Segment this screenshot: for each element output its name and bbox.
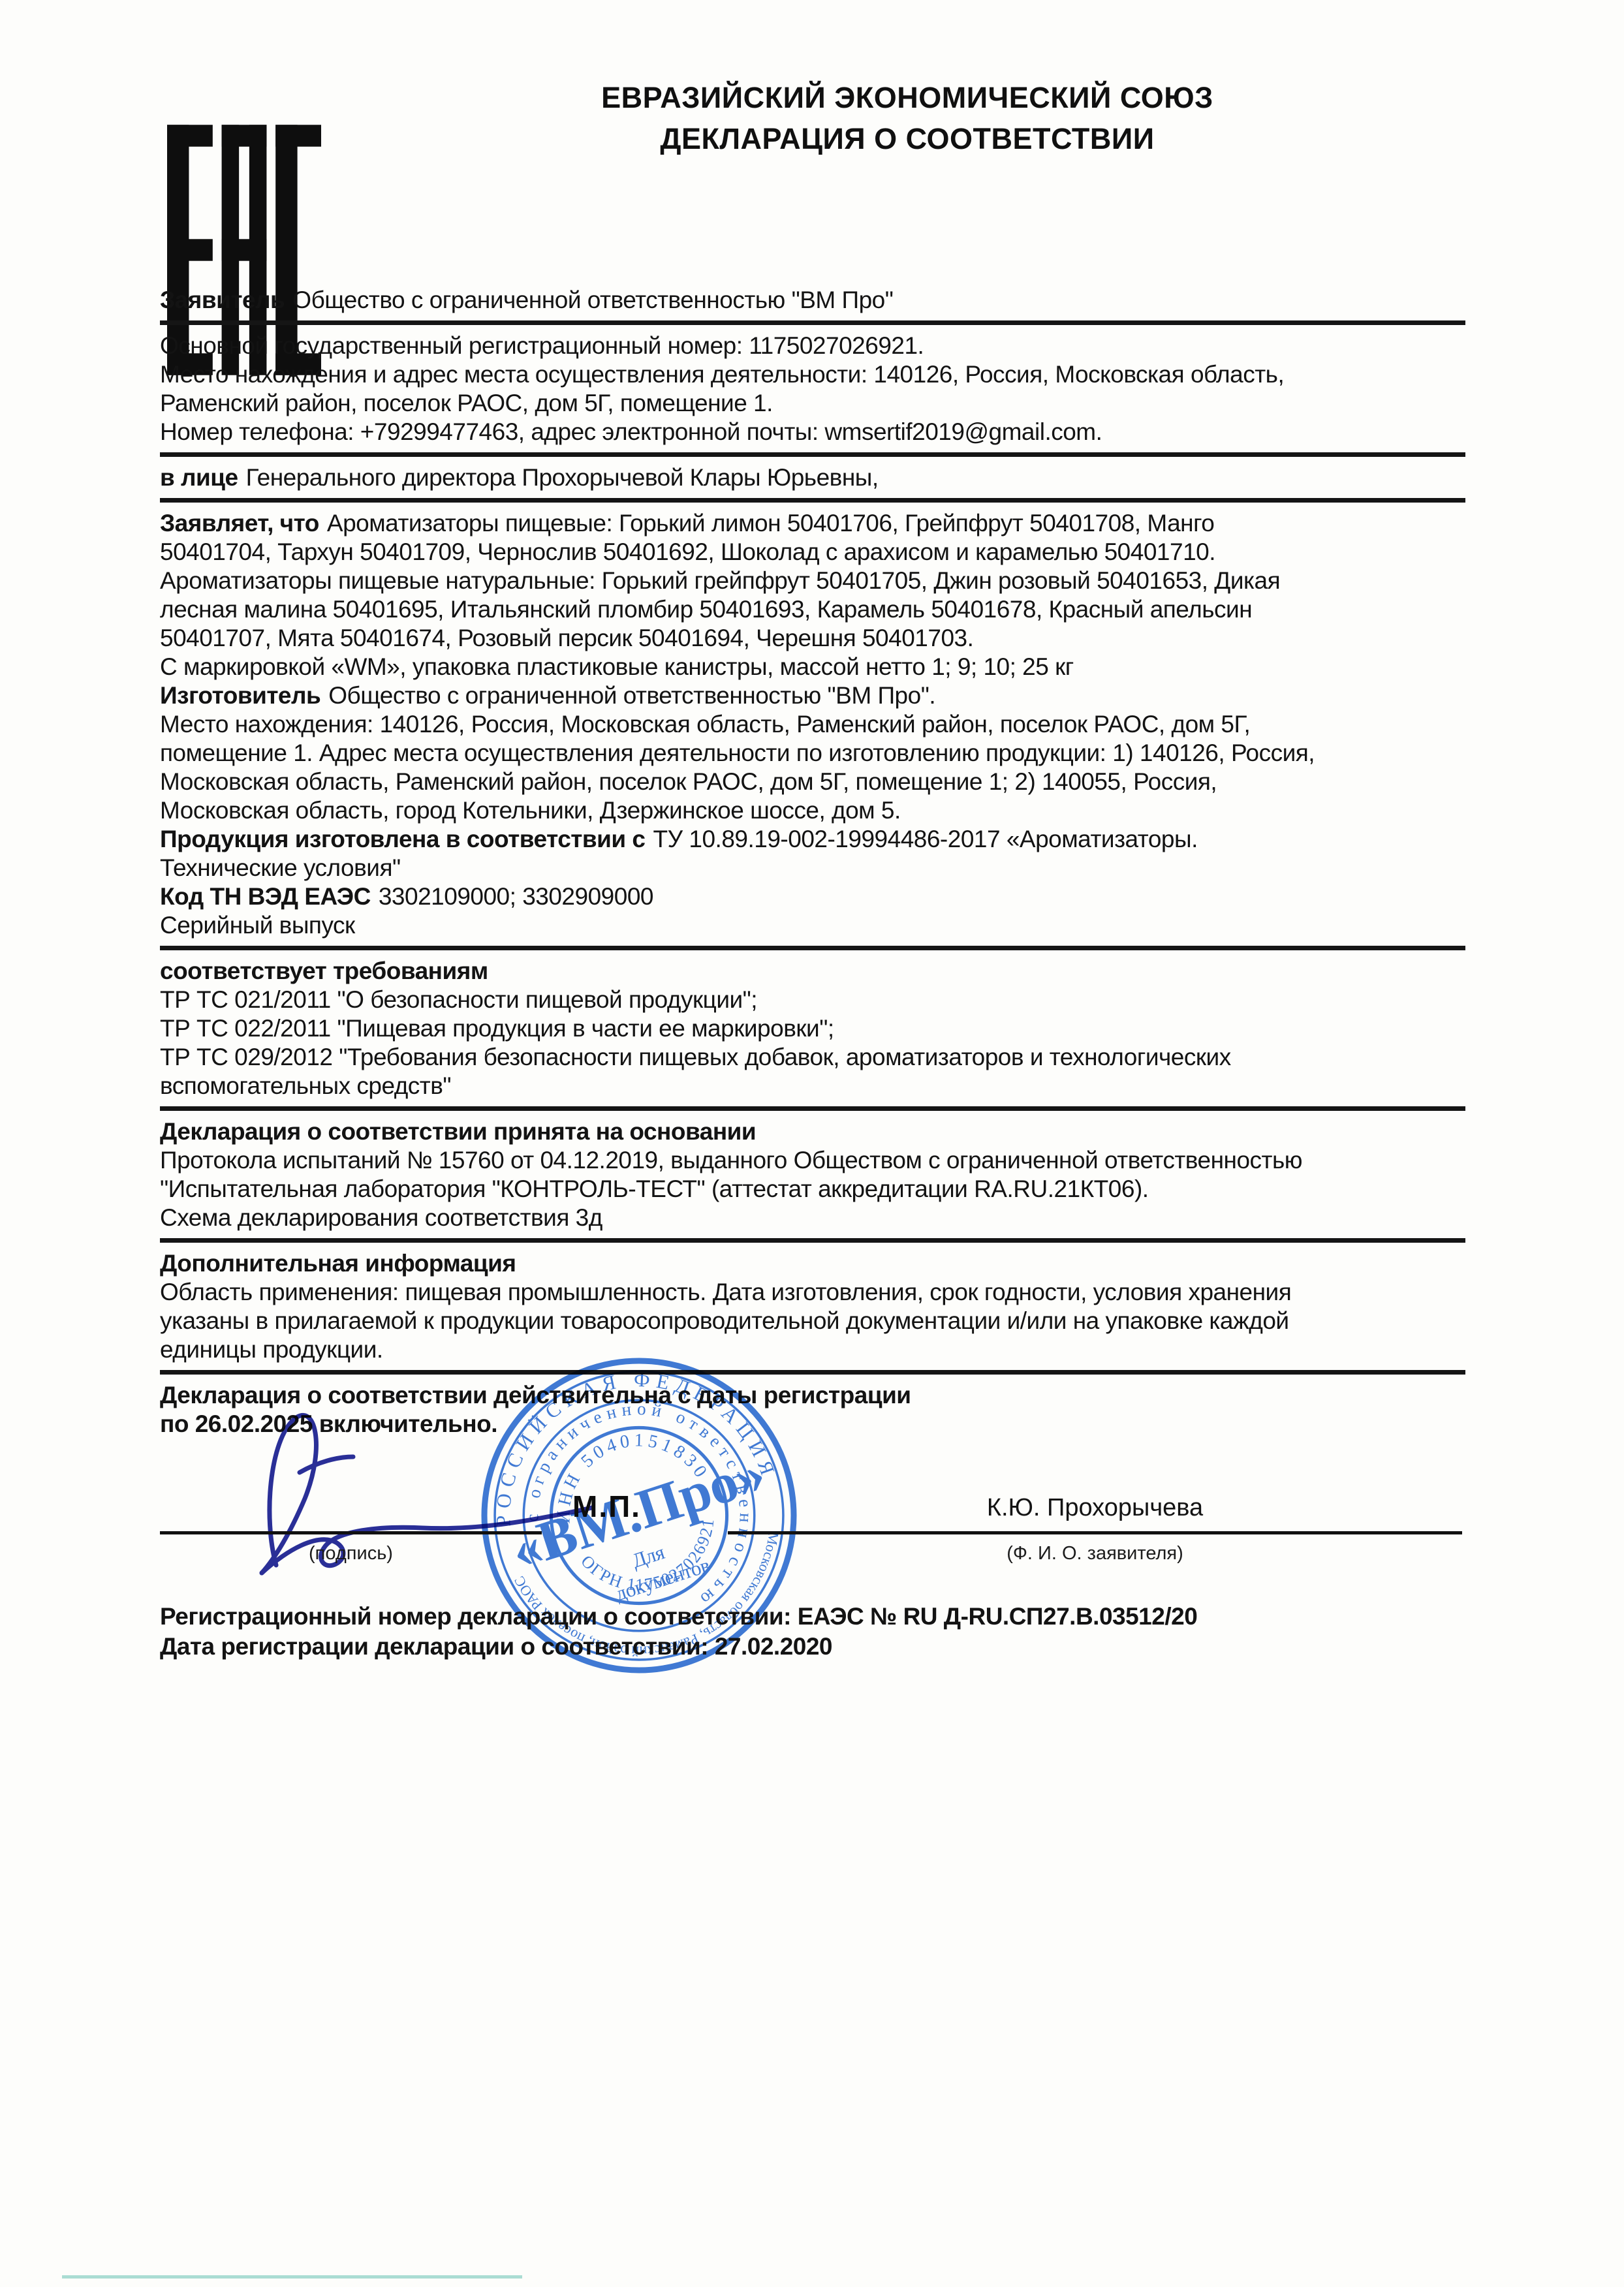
address-line-1: Место нахождения и адрес места осуществл… bbox=[160, 360, 1465, 389]
signature-area: РОССИЙСКАЯ ФЕДЕРАЦИЯ Московская область,… bbox=[160, 1441, 1465, 1586]
manufacturer-addr-4: Московская область, город Котельники, Дз… bbox=[160, 796, 1465, 825]
declares-line-3: Ароматизаторы пищевые натуральные: Горьк… bbox=[160, 567, 1465, 595]
declares-line-1: Заявляет, чтоАроматизаторы пищевые: Горь… bbox=[160, 509, 1465, 538]
manufacturer-addr-2: помещение 1. Адрес места осуществления д… bbox=[160, 739, 1465, 768]
declaration-document: ЕВРАЗИЙСКИЙ ЭКОНОМИЧЕСКИЙ СОЮЗ ДЕКЛАРАЦИ… bbox=[0, 0, 1624, 2287]
additional-info-label: Дополнительная информация bbox=[160, 1249, 1465, 1278]
production-label: Продукция изготовлена в соответствии с bbox=[160, 826, 646, 852]
tnved-line: Код ТН ВЭД ЕАЭС3302109000; 3302909000 bbox=[160, 882, 1465, 911]
serial-release-line: Серийный выпуск bbox=[160, 911, 1465, 940]
declares-line-2: 50401704, Тархун 50401709, Чернослив 504… bbox=[160, 538, 1465, 567]
person-label: в лице bbox=[160, 464, 238, 491]
declares-label: Заявляет, что bbox=[160, 510, 319, 537]
manufacturer-value: Общество с ограниченной ответственностью… bbox=[328, 682, 935, 709]
tnved-label: Код ТН ВЭД ЕАЭС bbox=[160, 883, 371, 910]
signer-name-rule bbox=[728, 1531, 1462, 1534]
additional-info-1: Область применения: пищевая промышленнос… bbox=[160, 1278, 1465, 1307]
signature-rule bbox=[160, 1531, 542, 1534]
scanner-artifact-line bbox=[62, 2275, 522, 2279]
title-union: ЕВРАЗИЙСКИЙ ЭКОНОМИЧЕСКИЙ СОЮЗ bbox=[320, 77, 1495, 118]
section-divider bbox=[160, 1238, 1465, 1243]
manufacturer-line: ИзготовительОбщество с ограниченной отве… bbox=[160, 681, 1465, 710]
declares-value: Ароматизаторы пищевые: Горький лимон 504… bbox=[327, 510, 1214, 537]
manufacturer-addr-1: Место нахождения: 140126, Россия, Москов… bbox=[160, 710, 1465, 739]
manufacturer-label: Изготовитель bbox=[160, 682, 320, 709]
person-value: Генерального директора Прохорычевой Клар… bbox=[246, 464, 879, 491]
registration-date-line: Дата регистрации декларации о соответств… bbox=[160, 1632, 1465, 1662]
production-value: ТУ 10.89.19-002-19994486-2017 «Ароматиза… bbox=[653, 826, 1198, 852]
basis-line-3: Схема декларирования соответствия 3д bbox=[160, 1204, 1465, 1232]
registration-block: Регистрационный номер декларации о соотв… bbox=[160, 1602, 1465, 1662]
person-line: в лицеГенерального директора Прохорычево… bbox=[160, 463, 1465, 492]
additional-info-2: указаны в прилагаемой к продукции товаро… bbox=[160, 1307, 1465, 1335]
applicant-line: ЗаявительОбщество с ограниченной ответст… bbox=[160, 286, 1465, 315]
production-line-1: Продукция изготовлена в соответствии сТУ… bbox=[160, 825, 1465, 854]
basis-line-1: Протокола испытаний № 15760 от 04.12.201… bbox=[160, 1146, 1465, 1175]
section-divider bbox=[160, 1370, 1465, 1375]
basis-label: Декларация о соответствии принята на осн… bbox=[160, 1117, 1465, 1146]
ogrn-line: Основной государственный регистрационный… bbox=[160, 332, 1465, 360]
applicant-value: Общество с ограниченной ответственностью… bbox=[292, 287, 893, 313]
title-declaration: ДЕКЛАРАЦИЯ О СООТВЕТСТВИИ bbox=[320, 118, 1495, 159]
phone-email-line: Номер телефона: +79299477463, адрес элек… bbox=[160, 418, 1465, 446]
tnved-value: 3302109000; 3302909000 bbox=[379, 883, 653, 910]
requirement-tr029-1: ТР ТС 029/2012 "Требования безопасности … bbox=[160, 1043, 1465, 1072]
signer-name: К.Ю. Прохорычева bbox=[728, 1493, 1462, 1522]
section-divider bbox=[160, 1106, 1465, 1111]
document-body: ЗаявительОбщество с ограниченной ответст… bbox=[160, 286, 1465, 1662]
declares-line-5: 50401707, Мята 50401674, Розовый персик … bbox=[160, 624, 1465, 653]
address-line-2: Раменский район, поселок РАОС, дом 5Г, п… bbox=[160, 389, 1465, 418]
registration-number-line: Регистрационный номер декларации о соотв… bbox=[160, 1602, 1465, 1632]
manufacturer-addr-3: Московская область, Раменский район, пос… bbox=[160, 768, 1465, 796]
declares-line-6: С маркировкой «WM», упаковка пластиковые… bbox=[160, 653, 1465, 681]
applicant-label: Заявитель bbox=[160, 287, 285, 313]
section-divider bbox=[160, 498, 1465, 503]
signature-caption: (подпись) bbox=[160, 1539, 542, 1568]
document-title: ЕВРАЗИЙСКИЙ ЭКОНОМИЧЕСКИЙ СОЮЗ ДЕКЛАРАЦИ… bbox=[320, 77, 1495, 159]
basis-line-2: "Испытательная лаборатория "КОНТРОЛЬ-ТЕС… bbox=[160, 1175, 1465, 1204]
section-divider bbox=[160, 946, 1465, 950]
requirement-tr022: ТР ТС 022/2011 "Пищевая продукция в част… bbox=[160, 1014, 1465, 1043]
requirements-label: соответствует требованиям bbox=[160, 957, 1465, 986]
section-divider bbox=[160, 320, 1465, 325]
section-divider bbox=[160, 452, 1465, 457]
declares-line-4: лесная малина 50401695, Итальянский плом… bbox=[160, 595, 1465, 624]
requirement-tr021: ТР ТС 021/2011 "О безопасности пищевой п… bbox=[160, 986, 1465, 1014]
production-line-2: Технические условия" bbox=[160, 854, 1465, 882]
additional-info-3: единицы продукции. bbox=[160, 1335, 1465, 1364]
signer-name-caption: (Ф. И. О. заявителя) bbox=[728, 1539, 1462, 1568]
requirement-tr029-2: вспомогательных средств" bbox=[160, 1072, 1465, 1100]
stamp-place-note: М.П. bbox=[572, 1492, 641, 1521]
